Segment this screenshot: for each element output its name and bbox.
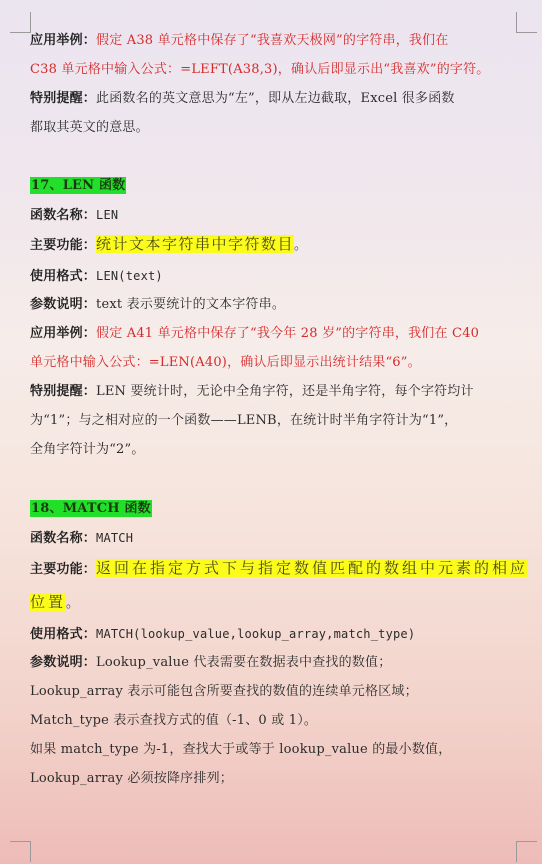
- function-name-row: 函数名称：LEN: [30, 206, 118, 225]
- page-corner-mark-bottom-right: [516, 841, 537, 862]
- example-paragraph-left: 应用举例：假定 A38 单元格中保存了“我喜欢天极网”的字符串，我们在: [30, 32, 449, 50]
- params-line-4: 如果 match_type 为-1，查找大于或等于 lookup_value 的…: [30, 741, 451, 759]
- main-function-row: 主要功能：统计文本字符串中字符数目。: [30, 235, 307, 255]
- note-paragraph-left: 特别提醒：此函数名的英文意思为“左”，即从左边截取，Excel 很多函数: [30, 90, 455, 108]
- params-row: 参数说明：text 表示要统计的文本字符串。: [30, 296, 285, 314]
- main-function-row: 主要功能：返回在指定方式下与指定数值匹配的数组中元素的相应: [30, 559, 528, 579]
- params-label: 参数说明：: [30, 655, 96, 670]
- params-label: 参数说明：: [30, 297, 96, 312]
- section-heading-match: 18、MATCH 函数: [30, 500, 152, 518]
- function-name-label: 函数名称：: [30, 531, 96, 546]
- main-function-highlight-continued: 位置: [30, 593, 66, 611]
- main-function-end: 。: [294, 238, 307, 253]
- main-function-label: 主要功能：: [30, 562, 96, 577]
- example-label: 应用举例：: [30, 326, 96, 341]
- usage-row: 使用格式：LEN(text): [30, 267, 163, 286]
- section-heading-len: 17、LEN 函数: [30, 177, 126, 195]
- usage-row: 使用格式：MATCH(lookup_value,lookup_array,mat…: [30, 625, 415, 644]
- params-value: text 表示要统计的文本字符串。: [96, 297, 285, 312]
- page-corner-mark-bottom-left: [10, 841, 31, 862]
- main-function-label: 主要功能：: [30, 238, 96, 253]
- example-row: 应用举例：假定 A41 单元格中保存了“我今年 28 岁”的字符串，我们在 C4…: [30, 325, 479, 343]
- note-text: 此函数名的英文意思为“左”，即从左边截取，Excel 很多函数: [96, 91, 455, 106]
- main-function-row-continued: 位置。: [30, 593, 79, 613]
- note-text: LEN 要统计时，无论中全角字符，还是半角字符，每个字符均计: [96, 384, 474, 399]
- function-name-value: MATCH: [96, 531, 133, 545]
- heading-highlight: 17、LEN 函数: [30, 177, 126, 194]
- main-function-highlight: 统计文本字符串中字符数目: [96, 235, 294, 253]
- function-name-row: 函数名称：MATCH: [30, 529, 133, 548]
- example-text-continued: 单元格中输入公式：=LEN(A40)，确认后即显示出统计结果“6”。: [30, 354, 421, 372]
- note-label: 特别提醒：: [30, 91, 96, 106]
- note-row: 特别提醒：LEN 要统计时，无论中全角字符，还是半角字符，每个字符均计: [30, 383, 474, 401]
- function-name-value: LEN: [96, 208, 118, 222]
- note-text-continued-2: 全角字符计为“2”。: [30, 441, 145, 459]
- note-text-continued-1: 为“1”；与之相对应的一个函数——LENB，在统计时半角字符计为“1”，: [30, 412, 457, 430]
- page-corner-mark-top-left: [10, 12, 31, 33]
- function-name-label: 函数名称：: [30, 208, 96, 223]
- page-corner-mark-top-right: [516, 12, 537, 33]
- example-text-continued: C38 单元格中输入公式：=LEFT(A38,3)，确认后即显示出“我喜欢”的字…: [30, 61, 490, 79]
- params-line-3: Match_type 表示查找方式的值（-1、0 或 1）。: [30, 712, 317, 730]
- main-function-end: 。: [66, 596, 79, 611]
- params-value: Lookup_value 代表需要在数据表中查找的数值；: [96, 655, 391, 670]
- usage-value: MATCH(lookup_value,lookup_array,match_ty…: [96, 627, 415, 641]
- usage-value: LEN(text): [96, 269, 163, 283]
- note-label: 特别提醒：: [30, 384, 96, 399]
- main-function-highlight: 返回在指定方式下与指定数值匹配的数组中元素的相应: [96, 559, 528, 577]
- example-text: 假定 A38 单元格中保存了“我喜欢天极网”的字符串，我们在: [96, 33, 449, 48]
- usage-label: 使用格式：: [30, 627, 96, 642]
- params-line-2: Lookup_array 表示可能包含所要查找的数值的连续单元格区域；: [30, 683, 418, 701]
- note-text-continued: 都取其英文的意思。: [30, 119, 149, 137]
- usage-label: 使用格式：: [30, 269, 96, 284]
- params-line-5: Lookup_array 必须按降序排列；: [30, 770, 233, 788]
- example-label: 应用举例：: [30, 33, 96, 48]
- params-row: 参数说明：Lookup_value 代表需要在数据表中查找的数值；: [30, 654, 391, 672]
- heading-highlight: 18、MATCH 函数: [30, 500, 152, 517]
- example-text: 假定 A41 单元格中保存了“我今年 28 岁”的字符串，我们在 C40: [96, 326, 479, 341]
